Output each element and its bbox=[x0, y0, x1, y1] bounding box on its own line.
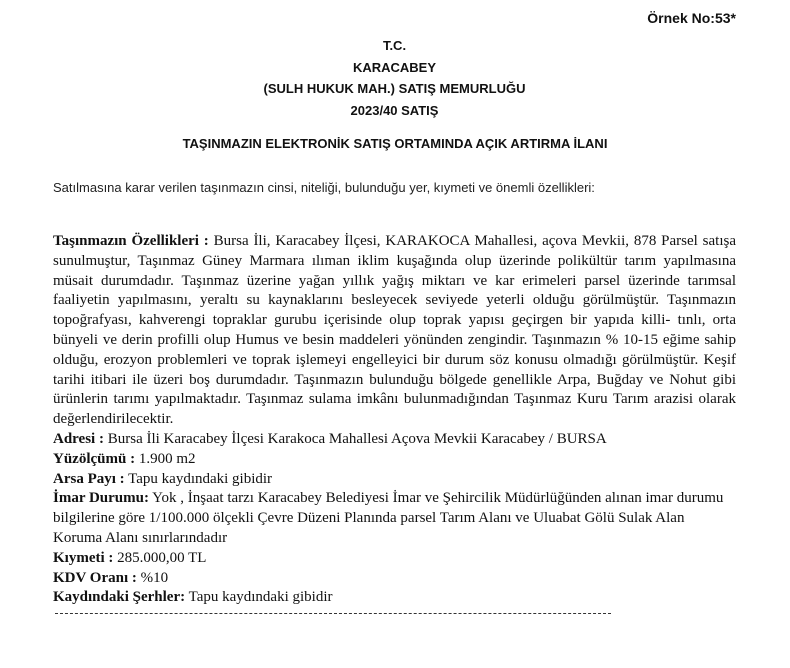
field-value: Tapu kaydındaki gibidir bbox=[185, 589, 332, 605]
field-value: 1.900 m2 bbox=[135, 451, 195, 467]
property-features: Taşınmazın Özellikleri : Bursa İli, Kara… bbox=[53, 232, 736, 430]
field-value: %10 bbox=[137, 570, 168, 586]
field-vat-rate: KDV Oranı : %10 bbox=[53, 569, 736, 589]
field-label: Taşınmazın Özellikleri : bbox=[53, 233, 209, 249]
header-line-district: KARACABEY bbox=[0, 57, 790, 79]
field-label: Arsa Payı : bbox=[53, 471, 125, 487]
field-value: Bursa İli Karacabey İlçesi Karakoca Maha… bbox=[104, 431, 607, 447]
field-value: Yok , İnşaat tarzı Karacabey Belediyesi … bbox=[53, 490, 723, 546]
property-details: Taşınmazın Özellikleri : Bursa İli, Kara… bbox=[53, 232, 736, 608]
field-value: 285.000,00 TL bbox=[113, 550, 206, 566]
field-annotations: Kaydındaki Şerhler: Tapu kaydındaki gibi… bbox=[53, 588, 736, 608]
header-line-tc: T.C. bbox=[0, 35, 790, 57]
header-line-office: (SULH HUKUK MAH.) SATIŞ MEMURLUĞU bbox=[0, 78, 790, 100]
header-line-case-no: 2023/40 SATIŞ bbox=[0, 100, 790, 122]
field-label: Kıymeti : bbox=[53, 550, 113, 566]
field-label: Kaydındaki Şerhler: bbox=[53, 589, 185, 605]
field-value: Tapu kaydındaki gibidir bbox=[125, 471, 272, 487]
field-zoning: İmar Durumu: Yok , İnşaat tarzı Karacabe… bbox=[53, 489, 736, 548]
field-label: KDV Oranı : bbox=[53, 570, 137, 586]
field-label: İmar Durumu: bbox=[53, 490, 149, 506]
field-label: Yüzölçümü : bbox=[53, 451, 135, 467]
separator-line bbox=[55, 613, 611, 614]
field-value-amount: Kıymeti : 285.000,00 TL bbox=[53, 549, 736, 569]
sample-number: Örnek No:53* bbox=[647, 10, 736, 26]
field-label: Adresi : bbox=[53, 431, 104, 447]
field-address: Adresi : Bursa İli Karacabey İlçesi Kara… bbox=[53, 430, 736, 450]
field-value: Bursa İli, Karacabey İlçesi, KARAKOCA Ma… bbox=[53, 233, 736, 427]
field-area: Yüzölçümü : 1.900 m2 bbox=[53, 450, 736, 470]
field-land-share: Arsa Payı : Tapu kaydındaki gibidir bbox=[53, 470, 736, 490]
intro-text: Satılmasına karar verilen taşınmazın cin… bbox=[53, 180, 595, 195]
announcement-title: TAŞINMAZIN ELEKTRONİK SATIŞ ORTAMINDA AÇ… bbox=[0, 136, 790, 151]
document-header: T.C. KARACABEY (SULH HUKUK MAH.) SATIŞ M… bbox=[0, 35, 790, 121]
